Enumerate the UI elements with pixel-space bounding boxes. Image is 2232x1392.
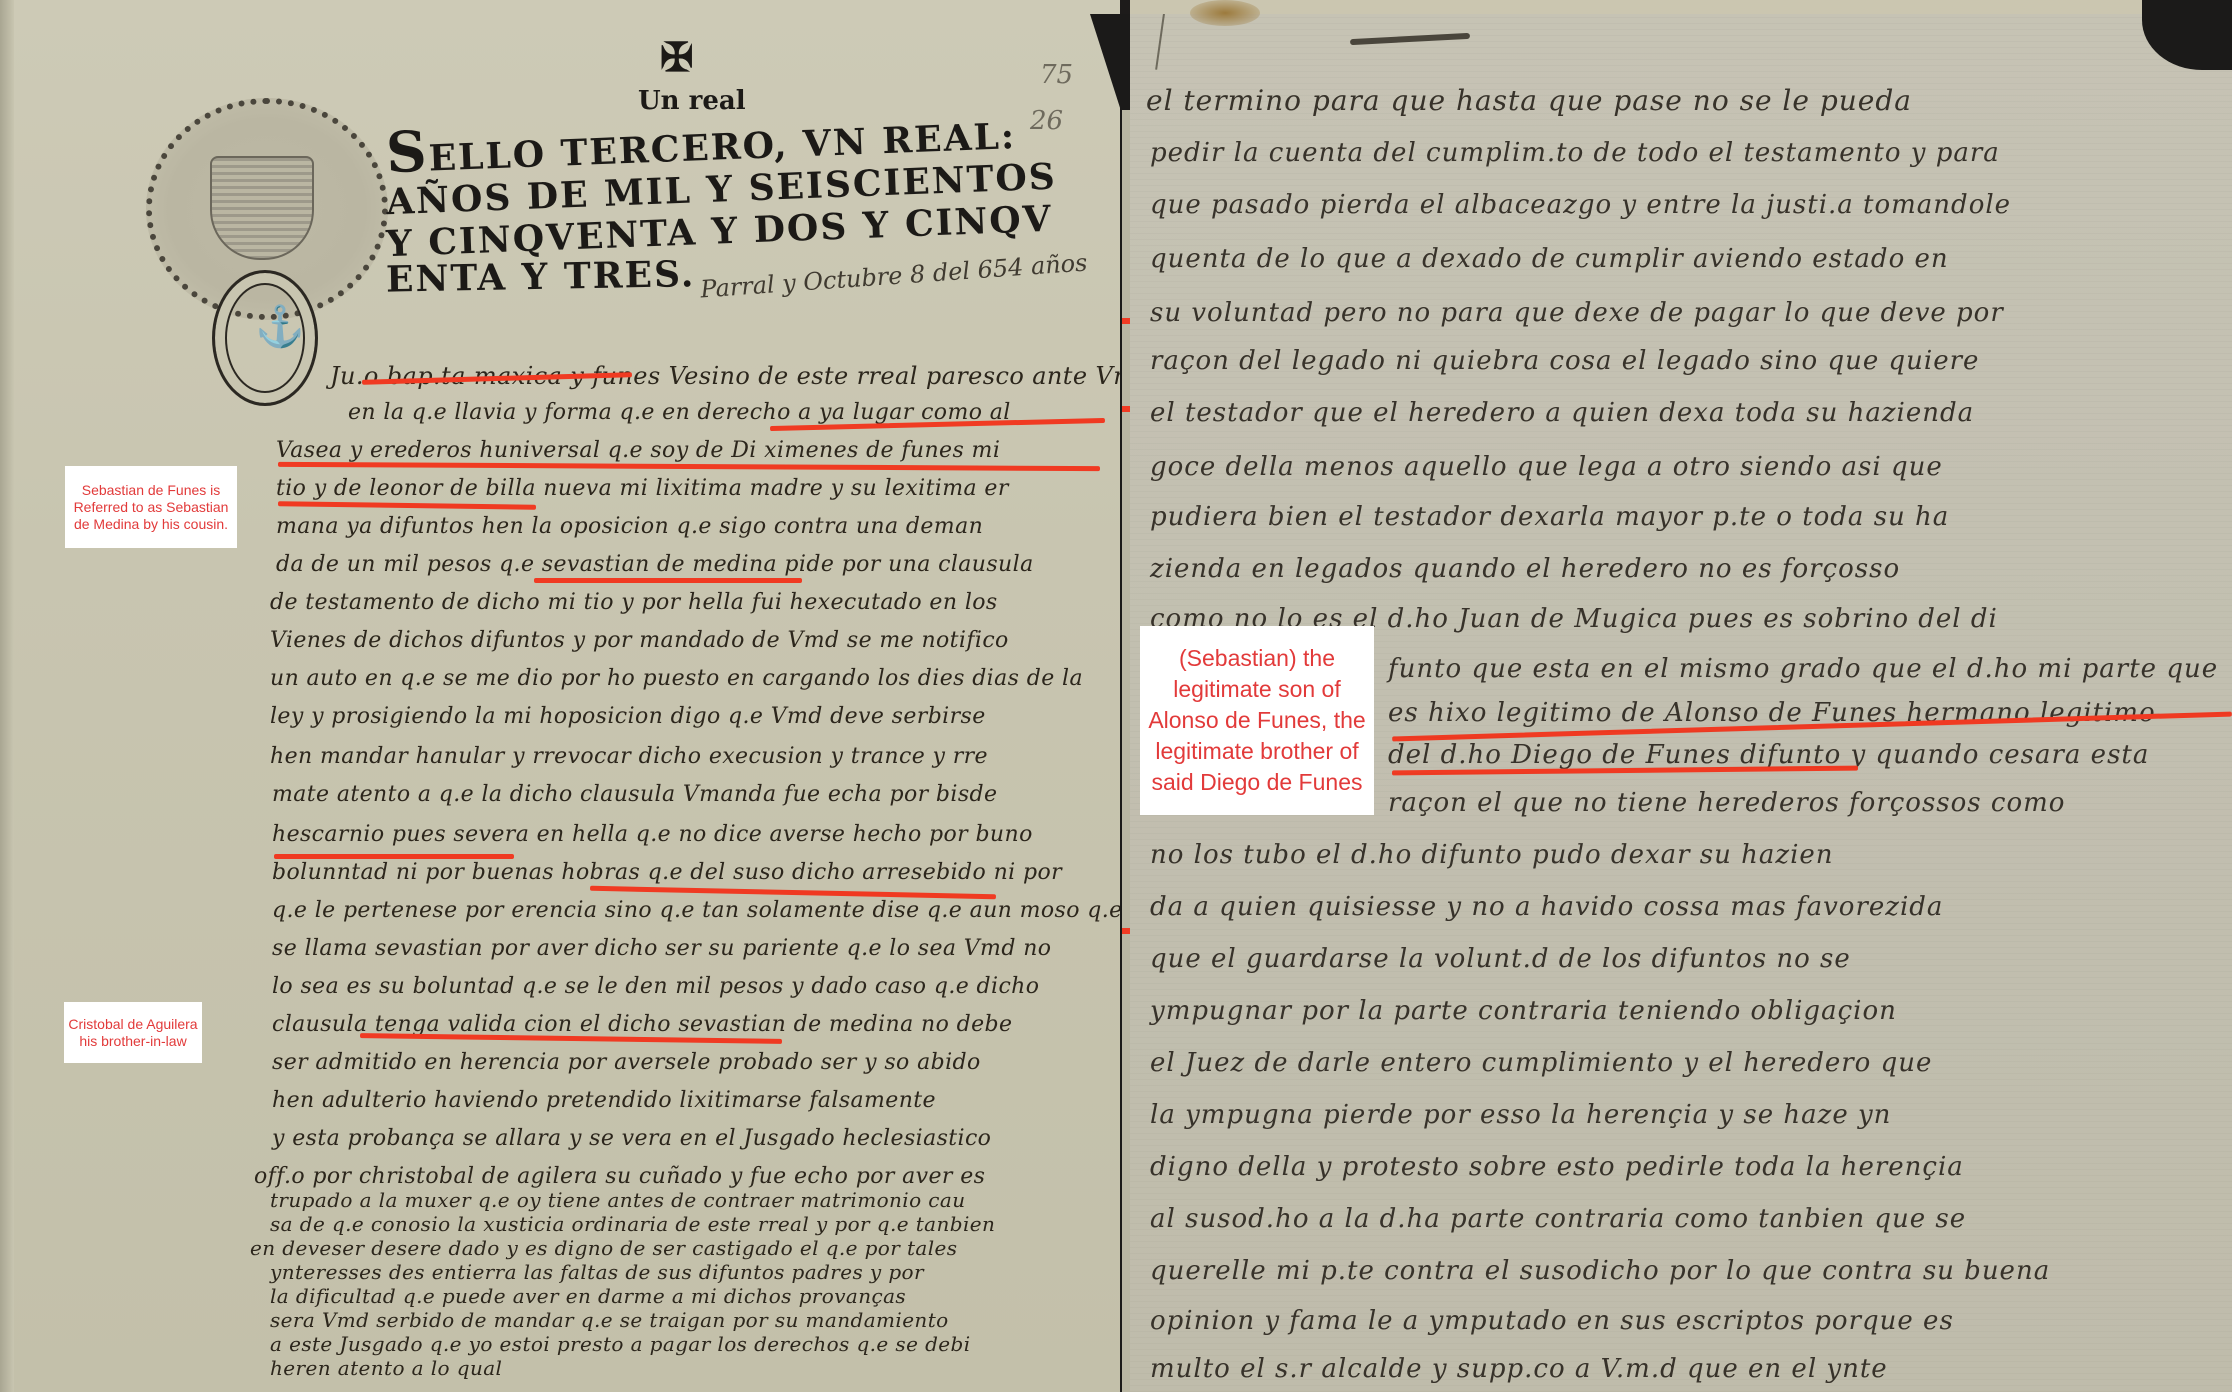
- text-line: bolunntad ni por buenas hobras q.e del s…: [272, 860, 1062, 885]
- text-line: zienda en legados quando el heredero no …: [1150, 554, 1900, 584]
- text-line: el Juez de darle entero cumplimiento y e…: [1150, 1048, 1932, 1078]
- text-line: sera Vmd serbido de mandar q.e se traiga…: [270, 1308, 949, 1332]
- stamp-denomination: Un real: [638, 86, 746, 116]
- text-line: un auto en q.e se me dio por ho puesto e…: [270, 666, 1083, 691]
- text-line: sa de q.e conosio la xusticia ordinaria …: [270, 1212, 995, 1236]
- text-line: lo sea es su boluntad q.e se le den mil …: [272, 974, 1039, 999]
- folio-number: 75: [1040, 60, 1073, 90]
- text-line: el termino para que hasta que pase no se…: [1146, 84, 1912, 117]
- text-line: goce della menos aquello que lega a otro…: [1150, 452, 1943, 482]
- text-line: pudiera bien el testador dexarla mayor p…: [1150, 502, 1949, 532]
- text-line: el testador que el heredero a quien dexa…: [1150, 398, 1974, 428]
- highlight-underline: [534, 578, 802, 583]
- text-line: ser admitido en herencia por aversele pr…: [272, 1050, 981, 1075]
- text-line: que pasado pierda el albaceazgo y entre …: [1150, 190, 2011, 220]
- text-line: opinion y fama le a ymputado en sus escr…: [1150, 1306, 1954, 1336]
- left-page: ⚓ ✠ Un real 75 26 SELLO TERCERO, VN REAL…: [0, 0, 1120, 1392]
- text-line: la ympugna pierde por esso la herençia y…: [1150, 1100, 1891, 1130]
- text-line: de testamento de dicho mi tio y por hell…: [270, 590, 998, 615]
- text-line: es hixo legitimo de Alonso de Funes herm…: [1388, 698, 2156, 728]
- text-line: ynteresses des entierra las faltas de su…: [270, 1260, 924, 1284]
- text-line: Ju.o bap.ta maxica y funes Vesino de est…: [330, 362, 1120, 390]
- cross-icon: ✠: [660, 34, 694, 81]
- folio-number: 26: [1030, 106, 1063, 136]
- annotation-medina: Sebastian de Funes is Referred to as Seb…: [65, 466, 237, 548]
- text-line: hescarnio pues severa en hella q.e no di…: [272, 822, 1033, 847]
- page-top-edge: [1130, 0, 2232, 14]
- annotation-text: Cristobal de Aguilera his brother-in-law: [64, 1016, 202, 1050]
- text-line: no los tubo el d.ho difunto pudo dexar s…: [1150, 840, 1834, 870]
- text-line: al susod.ho a la d.ha parte contraria co…: [1150, 1204, 1966, 1234]
- text-line: Vienes de dichos difuntos y por mandado …: [270, 628, 1009, 653]
- highlight-underline: [278, 462, 1100, 471]
- text-line: mana ya difuntos hen la oposicion q.e si…: [276, 514, 983, 539]
- text-line: pedir la cuenta del cumplim.to de todo e…: [1150, 138, 2000, 168]
- text-line: querelle mi p.te contra el susodicho por…: [1150, 1256, 2050, 1286]
- text-line: en la q.e llavia y forma q.e en derecho …: [348, 400, 1011, 425]
- text-line: da a quien quisiesse y no a havido cossa…: [1150, 892, 1943, 922]
- highlight-underline: [278, 501, 536, 510]
- text-line: raçon del legado ni quiebra cosa el lega…: [1150, 346, 1979, 376]
- text-line: y esta probança se allara y se vera en e…: [272, 1126, 991, 1151]
- text-line: heren atento a lo qual: [270, 1356, 502, 1380]
- text-line: quenta de lo que a dexado de cumplir avi…: [1150, 244, 1949, 274]
- highlight-underline: [274, 854, 514, 859]
- paper-stain: [1190, 0, 1260, 26]
- annotation-text: Sebastian de Funes is Referred to as Seb…: [65, 482, 237, 533]
- text-line: da de un mil pesos q.e sevastian de medi…: [276, 552, 1034, 577]
- text-line: ley y prosigiendo la mi hoposicion digo …: [270, 704, 986, 729]
- text-line: mate atento a q.e la dicho clausula Vman…: [272, 782, 997, 807]
- highlight-underline-fragment: [1122, 406, 1130, 412]
- oval-stamp-seal: ⚓: [212, 270, 318, 406]
- highlight-underline-fragment: [1122, 928, 1130, 934]
- text-line: su voluntad pero no para que dexe de pag…: [1150, 298, 2004, 328]
- text-line: digno della y protesto sobre esto pedirl…: [1150, 1152, 1964, 1182]
- text-line: en deveser desere dado y es digno de ser…: [250, 1236, 957, 1260]
- text-line: ympugnar por la parte contraria teniendo…: [1150, 996, 1897, 1026]
- anchor-icon: ⚓: [255, 303, 305, 350]
- text-line: raçon el que no tiene herederos forçosso…: [1388, 788, 2065, 818]
- text-line: off.o por christobal de agilera su cuñad…: [254, 1164, 985, 1189]
- text-line: hen mandar hanular y rrevocar dicho exec…: [270, 744, 988, 769]
- text-line: la dificultad q.e puede aver en darme a …: [270, 1284, 906, 1308]
- text-line: a este Jusgado q.e yo estoi presto a pag…: [270, 1332, 971, 1356]
- text-line: funto que esta en el mismo grado que el …: [1388, 654, 2218, 684]
- text-line: hen adulterio haviendo pretendido lixiti…: [272, 1088, 936, 1113]
- annotation-aguilera: Cristobal de Aguilera his brother-in-law: [64, 1002, 202, 1063]
- text-line: Vasea y erederos huniversal q.e soy de D…: [276, 438, 1000, 463]
- flourish-mark: [1350, 33, 1470, 45]
- annotation-text: (Sebastian) the legitimate son of Alonso…: [1140, 643, 1374, 798]
- text-line: se llama sevastian por aver dicho ser su…: [272, 936, 1051, 961]
- text-line: tio y de leonor de billa nueva mi lixiti…: [276, 476, 1009, 501]
- text-line: multo el s.r alcalde y supp.co a V.m.d q…: [1150, 1354, 1888, 1384]
- highlight-underline-fragment: [1122, 318, 1130, 324]
- text-line: trupado a la muxer q.e oy tiene antes de…: [270, 1188, 966, 1212]
- text-line: que el guardarse la volunt.d de los difu…: [1150, 944, 1851, 974]
- annotation-legitimate-son: (Sebastian) the legitimate son of Alonso…: [1140, 626, 1374, 815]
- text-line: q.e le pertenese por erencia sino q.e ta…: [272, 898, 1120, 923]
